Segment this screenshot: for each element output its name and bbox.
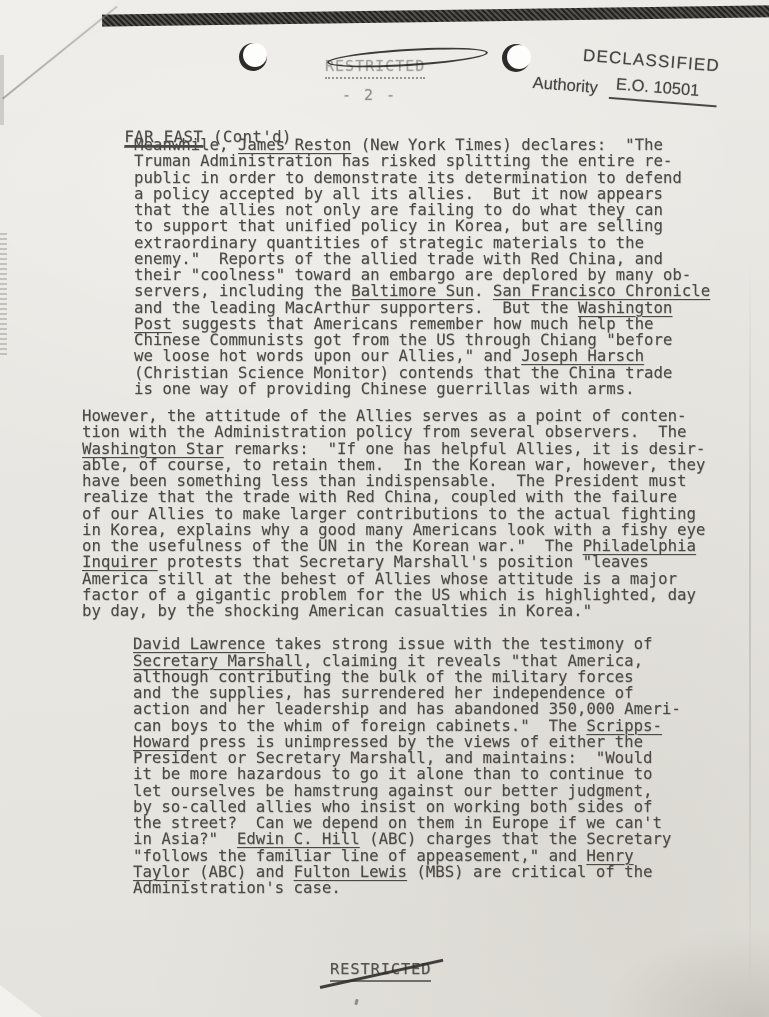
text-segment: Administration's case. (133, 878, 341, 897)
authority-value: E.O. 10501 (609, 75, 718, 107)
text-line: Administration's case. (133, 880, 759, 896)
punch-hole-inner (507, 45, 531, 69)
reston-paragraph: Meanwhile, James Reston (New York Times)… (134, 137, 759, 397)
document-page: RESTRICTED - 2 - DECLASSIFIED Authority … (0, 0, 769, 1017)
lawrence-paragraph: David Lawrence takes strong issue with t… (133, 636, 759, 896)
restricted-stamp-bottom-text: RESTRICTED (330, 960, 431, 978)
authority-label: Authority (532, 74, 598, 98)
declassified-stamp-title: DECLASSIFIED (582, 46, 740, 78)
scan-edge-artifact (102, 5, 769, 27)
text-segment: (MBS) are critical of the (407, 862, 653, 881)
declassified-stamp: DECLASSIFIED Authority E.O. 10501 (532, 42, 740, 109)
punch-hole-right (502, 44, 530, 72)
allies-paragraph: However, the attitude of the Allies serv… (82, 408, 759, 619)
document-body: Meanwhile, James Reston (New York Times)… (0, 137, 759, 896)
fold-highlight (0, 0, 130, 110)
text-segment: is one way of providing Chinese guerrill… (134, 379, 635, 398)
text-line: by day, by the shocking American casualt… (82, 603, 759, 619)
punch-hole-inner (243, 43, 267, 67)
scan-edge-artifact (0, 55, 4, 125)
page-number: - 2 - (342, 86, 397, 104)
ink-speck (354, 999, 358, 1006)
punch-hole-left (239, 43, 267, 71)
text-segment: by day, by the shocking American casualt… (82, 601, 592, 620)
restricted-stamp-bottom: RESTRICTED (330, 960, 431, 982)
text-line: is one way of providing Chinese guerrill… (134, 381, 759, 397)
scan-edge-artifact (0, 985, 42, 1017)
folded-corner (0, 0, 130, 110)
